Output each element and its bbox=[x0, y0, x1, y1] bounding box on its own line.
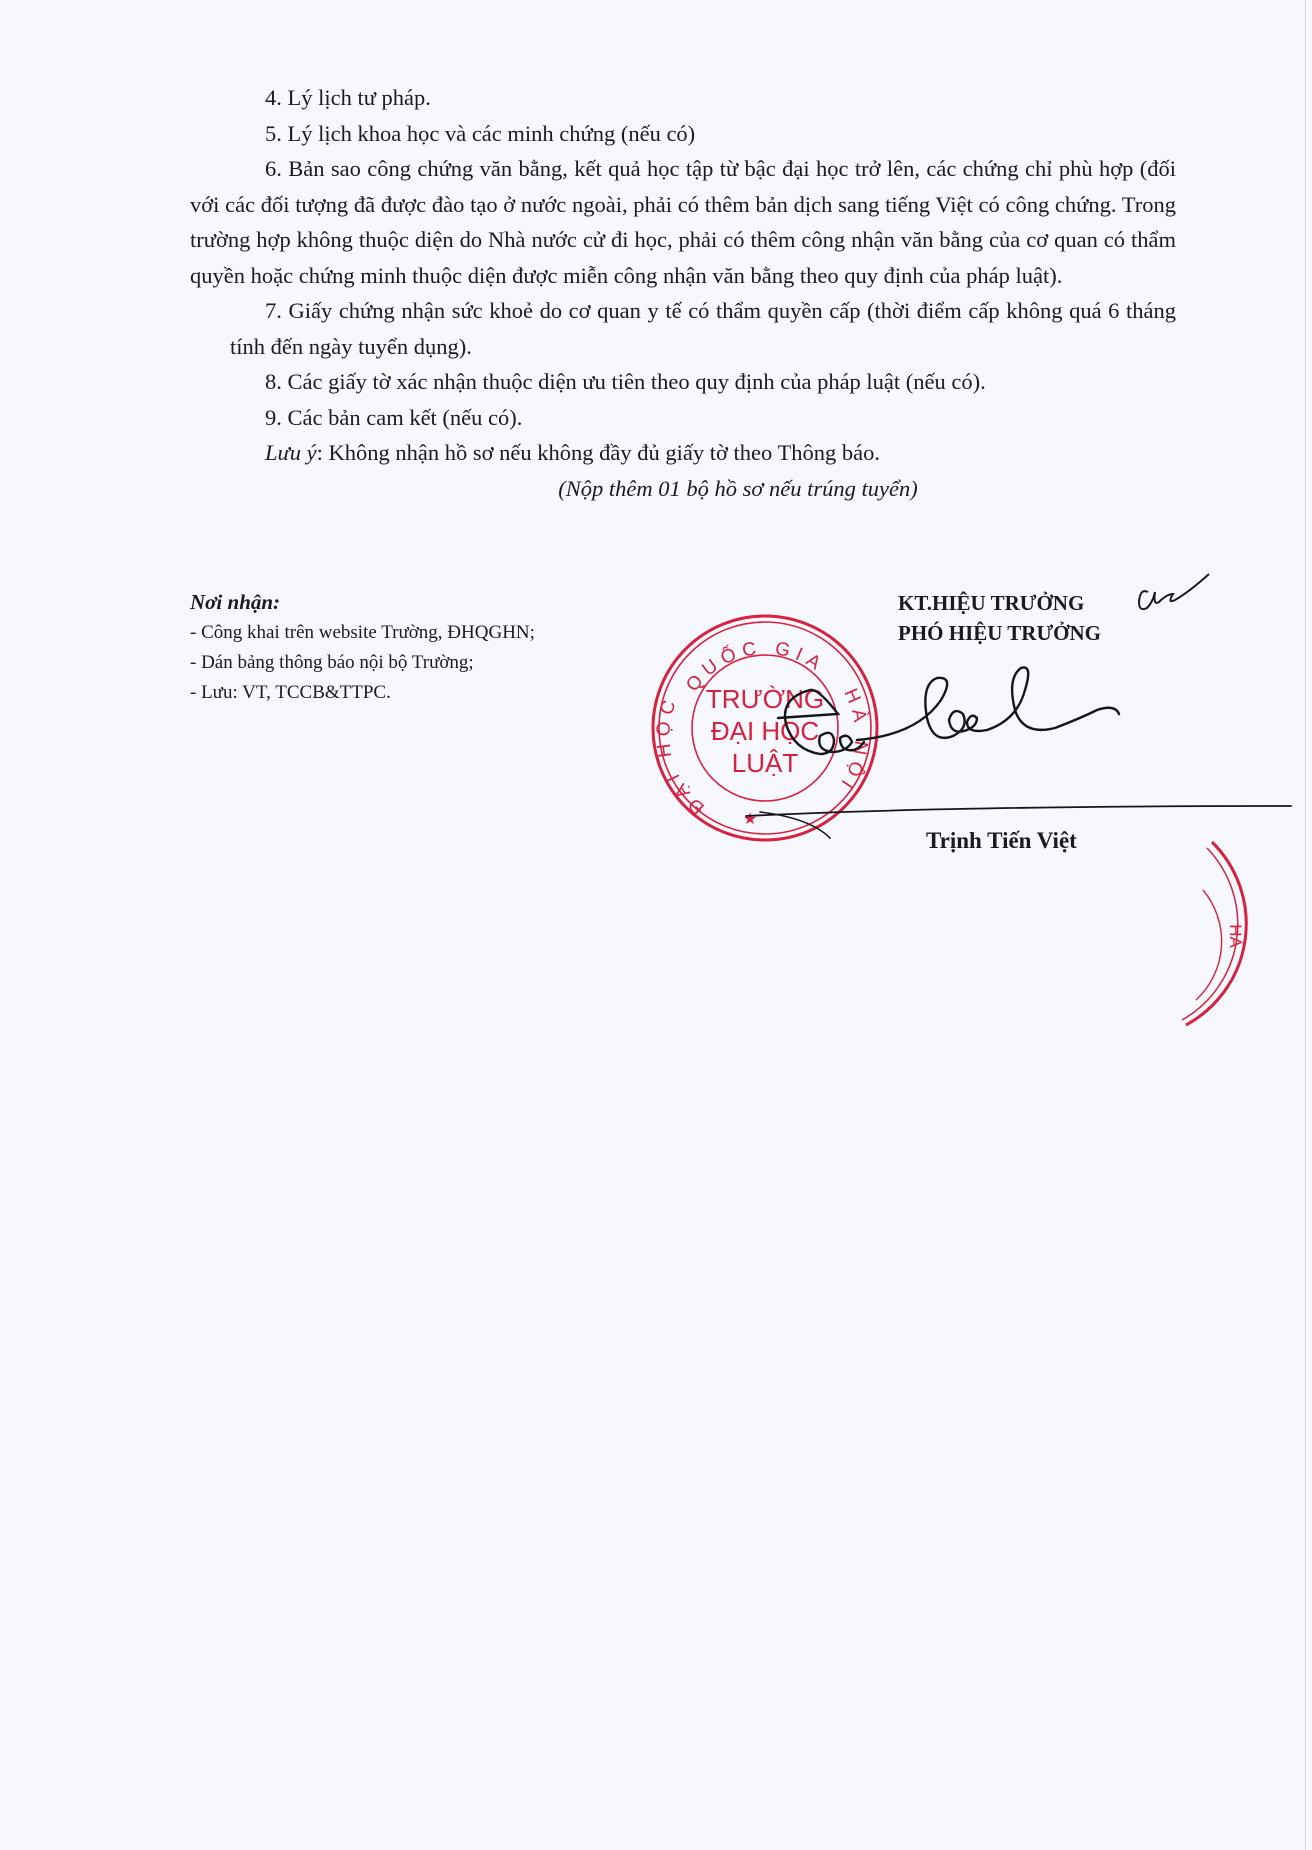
partial-stamp-text: HÀ bbox=[1226, 924, 1245, 948]
stamp-center-line2: ĐẠI HỌC bbox=[711, 716, 819, 746]
stamp-and-signature-layer: QUỐC GIA ĐẠI HỌC HÀ NỘI TRƯỜNG ĐẠI HỌC L… bbox=[0, 0, 1312, 1850]
signer-name: Trịnh Tiến Việt bbox=[926, 828, 1077, 854]
stamp-star-icon: ★ bbox=[743, 811, 757, 828]
svg-text:ĐẠI HỌC: ĐẠI HỌC bbox=[653, 692, 709, 818]
signature-scribble bbox=[746, 667, 1291, 838]
stamp-center-line1: TRƯỜNG bbox=[706, 684, 824, 714]
official-stamp: QUỐC GIA ĐẠI HỌC HÀ NỘI TRƯỜNG ĐẠI HỌC L… bbox=[653, 616, 877, 840]
stamp-ring-left: ĐẠI HỌC bbox=[653, 692, 709, 818]
partial-stamp: HÀ bbox=[1182, 842, 1246, 1025]
initials-icon bbox=[1139, 574, 1209, 609]
stamp-center-line3: LUẬT bbox=[732, 748, 799, 778]
